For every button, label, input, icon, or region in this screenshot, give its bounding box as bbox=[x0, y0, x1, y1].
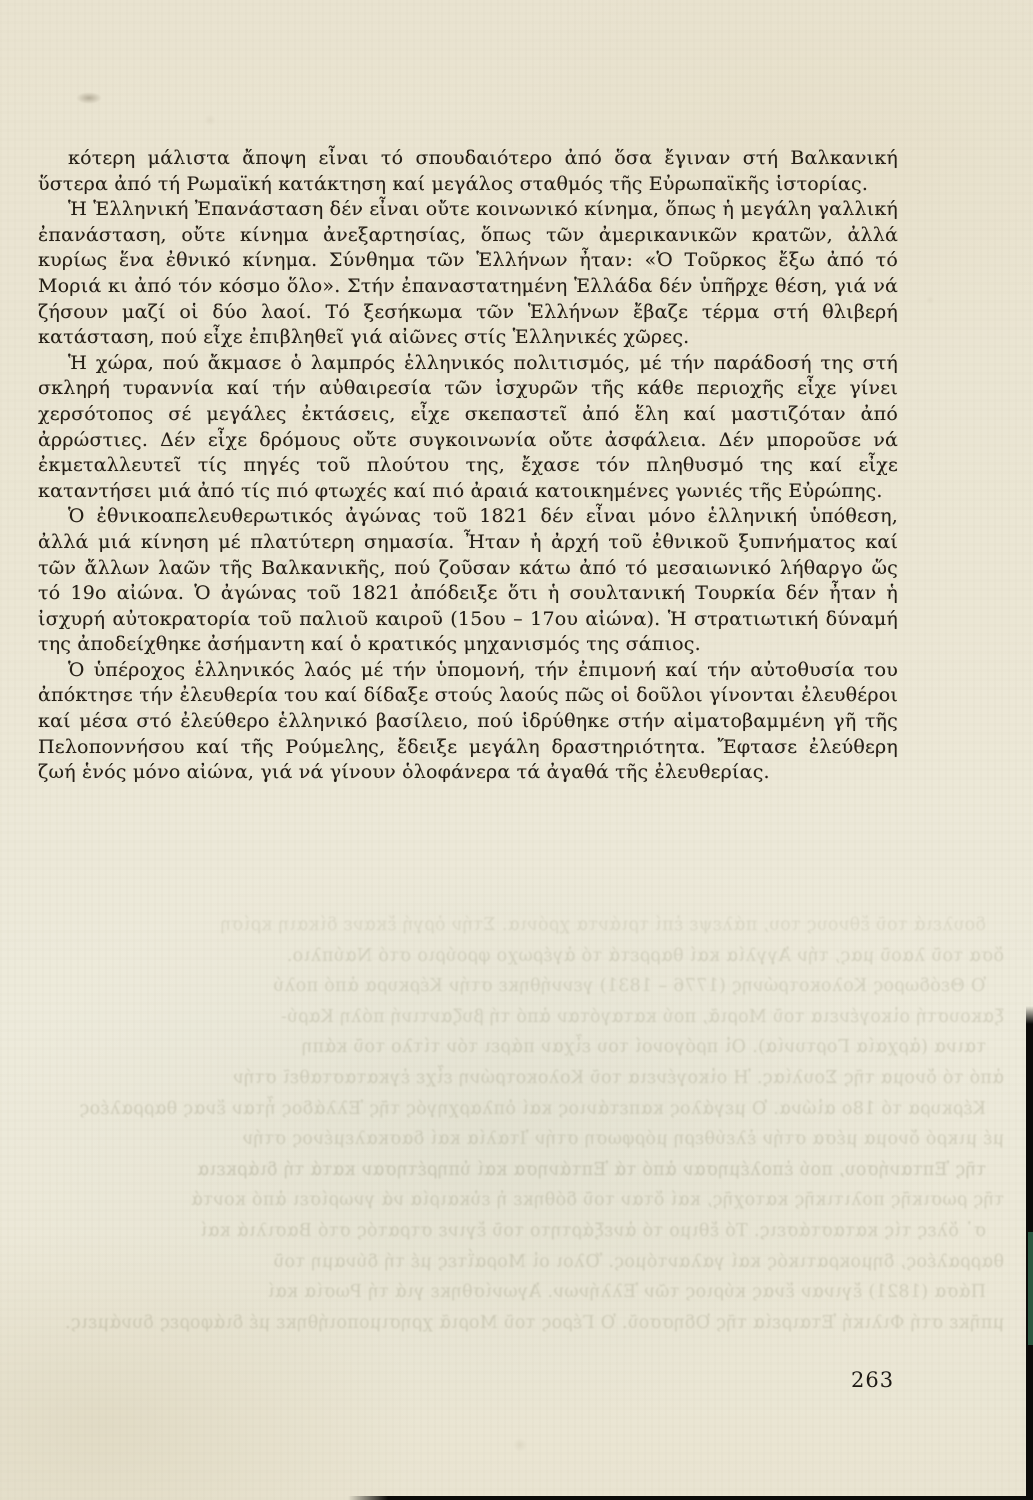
bleed-through-line: τῆς Ἑπτανήσου, πού ἐπολέμησαν ἀπό τά Ἑπτ… bbox=[28, 1155, 1004, 1186]
bleed-through-line: Πάσα (1821) ἔγιναν ἕνας κύριος τῶν Ἑλλήν… bbox=[28, 1277, 1004, 1308]
paper-speck bbox=[76, 92, 102, 104]
bleed-through-line: μέ μικρό ὄνομα μέσα στήν ἐλεύθερη μόρφωσ… bbox=[28, 1124, 1004, 1155]
bleed-through-line: ξακουστή οἰκογένεια τοῦ Μοριᾶ, πού καταγ… bbox=[28, 1002, 1004, 1033]
bleed-through-line: μπῆκε στή Φιλική Ἑταιρεία τῆς Ὀδησσοῦ. Ὁ… bbox=[28, 1308, 1004, 1339]
paragraph: Ὁ ὑπέροχος ἑλληνικός λαός μέ τήν ὑπομονή… bbox=[38, 658, 898, 786]
bleed-through-line: ταινα (ἀρχαία Γορτυνία). Οἱ πρόγονοί του… bbox=[28, 1032, 1004, 1063]
bleed-through-text: δουλειά τοῦ ἔθνους του, πάλεψε ἐπί τριάν… bbox=[28, 910, 1004, 1338]
bleed-through-line: σ᾽ ὅλες τίς καταστάσεις. Τό ἔθιμο τό ἀνε… bbox=[28, 1216, 1004, 1247]
paragraph: Ὁ ἐθνικοαπελευθερωτικός ἀγώνας τοῦ 1821 … bbox=[38, 504, 898, 658]
scanned-book-page: δουλειά τοῦ ἔθνους του, πάλεψε ἐπί τριάν… bbox=[0, 0, 1033, 1500]
bleed-through-line: τῆς ρωσικῆς πολιτικῆς κατοχῆς, καί ὅταν … bbox=[28, 1185, 1004, 1216]
bleed-through-line: Ὁ Θεόδωρος Κολοκοτρώνης (1776 – 1831) γε… bbox=[28, 971, 1004, 1002]
bleed-through-line: δουλειά τοῦ ἔθνους του, πάλεψε ἐπί τριάν… bbox=[28, 910, 1004, 941]
page-text: κότερη μάλιστα ἄποψη εἶναι τό σπουδαιότε… bbox=[38, 146, 898, 786]
paragraph: Ἡ Ἑλληνική Ἐπανάσταση δέν εἶναι οὔτε κοι… bbox=[38, 197, 898, 351]
paragraph: κότερη μάλιστα ἄποψη εἶναι τό σπουδαιότε… bbox=[38, 146, 898, 197]
bleed-through-line: ἀπό τό ὄνομα τῆς Σουλίας. Ἡ οἰκογένεια τ… bbox=[28, 1063, 1004, 1094]
page-number: 263 bbox=[851, 1368, 894, 1392]
bleed-through-line: Κέρκυρα τό 18ο αἰώνα. Ὁ μεγάλος καπετάνι… bbox=[28, 1094, 1004, 1125]
scan-edge-bottom bbox=[348, 1496, 1033, 1500]
scan-edge-green-patch bbox=[1028, 1232, 1033, 1345]
bleed-through-line: ὅσα τοῦ λαοῦ μας, τήν Ἀγγλία καί θαρρετά… bbox=[28, 941, 1004, 972]
paragraph: Ἡ χώρα, πού ἄκμασε ὁ λαμπρός ἑλληνικός π… bbox=[38, 351, 898, 505]
bleed-through-line: θαρραλέος, δημοκρατικός καί γαλαντόμος. … bbox=[28, 1247, 1004, 1278]
